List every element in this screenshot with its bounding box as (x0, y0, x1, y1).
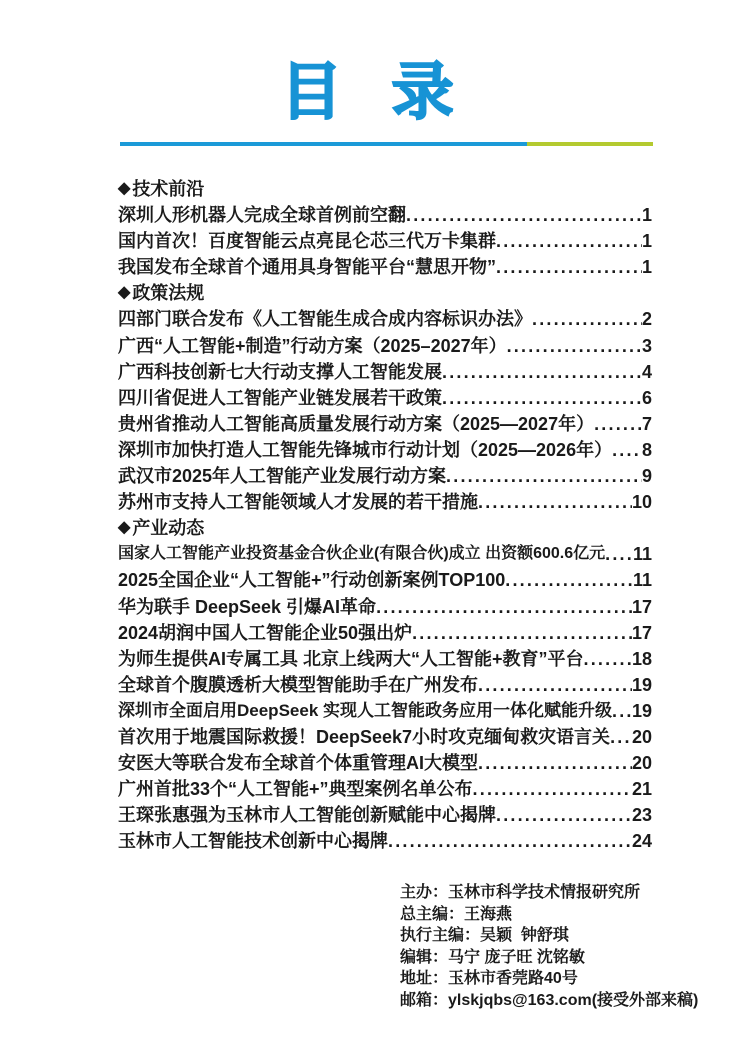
page-number: 24 (632, 828, 652, 854)
dot-leader (473, 776, 632, 802)
dot-leader (496, 802, 632, 828)
toc-entry: 深圳市全面启用DeepSeek 实现人工智能政务应用一体化赋能升级19 (118, 698, 652, 724)
entry-title: 广西“人工智能+制造”行动方案（2025–2027年） (118, 333, 507, 359)
page-number: 17 (632, 594, 652, 620)
footer-value: 王海燕 (464, 906, 512, 923)
toc-entry: 广西科技创新七大行动支撑人工智能发展4 (118, 359, 652, 385)
dot-leader (605, 541, 633, 567)
dot-leader (610, 724, 632, 750)
entry-title: 四川省促进人工智能产业链发展若干政策 (118, 385, 442, 411)
footer-line: 邮箱：ylskjqbs@163.com(接受外部来稿) (400, 990, 698, 1012)
footer-line: 主办：玉林市科学技术情报研究所 (400, 882, 698, 904)
dot-leader (505, 567, 633, 593)
toc-entry: 深圳市加快打造人工智能先锋城市行动计划（2025—2026年）8 (118, 437, 652, 463)
toc-entry: 玉林市人工智能技术创新中心揭牌24 (118, 828, 652, 854)
page-number: 2 (642, 306, 652, 332)
footer-value: ylskjqbs@163.com(接受外部来稿) (448, 992, 698, 1009)
footer-line: 地址：玉林市香莞路40号 (400, 968, 698, 990)
footer-line: 编辑：马宁 庞子旺 沈铭敏 (400, 947, 698, 969)
toc-entry: 华为联手 DeepSeek 引爆AI革命17 (118, 594, 652, 620)
entry-title: 全球首个腹膜透析大模型智能助手在广州发布 (118, 672, 478, 698)
page-number: 17 (632, 620, 652, 646)
page-number: 19 (632, 698, 652, 724)
divider-line (120, 142, 653, 146)
page-number: 1 (642, 228, 652, 254)
dot-leader (478, 750, 632, 776)
section-title: 产业动态 (132, 515, 204, 541)
toc-entry: 苏州市支持人工智能领域人才发展的若干措施10 (118, 489, 652, 515)
page-number: 6 (642, 385, 652, 411)
page-number: 1 (642, 254, 652, 280)
footer-label: 执行主编： (400, 927, 480, 944)
footer-label: 主办： (400, 884, 448, 901)
entry-title: 四部门联合发布《人工智能生成合成内容标识办法》 (118, 306, 532, 332)
toc-entry: 贵州省推动人工智能高质量发展行动方案（2025—2027年）7 (118, 411, 652, 437)
page-number: 7 (642, 411, 652, 437)
toc-entry: 武汉市2025年人工智能产业发展行动方案9 (118, 463, 652, 489)
divider-green-segment (527, 142, 653, 146)
toc-list: ◆技术前沿深圳人形机器人完成全球首例前空翻1国内首次！百度智能云点亮昆仑芯三代万… (118, 176, 652, 854)
footer-value: 玉林市科学技术情报研究所 (448, 884, 640, 901)
footer-label: 地址： (400, 970, 448, 987)
footer-label: 编辑： (400, 949, 448, 966)
toc-entry: 全球首个腹膜透析大模型智能助手在广州发布19 (118, 672, 652, 698)
toc-entry: 四川省促进人工智能产业链发展若干政策6 (118, 385, 652, 411)
footer-value: 马宁 庞子旺 沈铭敏 (448, 949, 585, 966)
entry-title: 为师生提供AI专属工具 北京上线两大“人工智能+教育”平台 (118, 646, 584, 672)
toc-entry: 深圳人形机器人完成全球首例前空翻1 (118, 202, 652, 228)
entry-title: 首次用于地震国际救援！DeepSeek7小时攻克缅甸救灾语言关 (118, 724, 610, 750)
dot-leader (532, 306, 642, 332)
toc-entry: 广西“人工智能+制造”行动方案（2025–2027年）3 (118, 333, 652, 359)
toc-entry: 2025全国企业“人工智能+”行动创新案例TOP10011 (118, 567, 652, 593)
toc-entry: 安医大等联合发布全球首个体重管理AI大模型20 (118, 750, 652, 776)
dot-leader (446, 463, 642, 489)
entry-title: 2025全国企业“人工智能+”行动创新案例TOP100 (118, 567, 505, 593)
entry-title: 深圳市加快打造人工智能先锋城市行动计划（2025—2026年） (118, 437, 612, 463)
toc-entry: 首次用于地震国际救援！DeepSeek7小时攻克缅甸救灾语言关20 (118, 724, 652, 750)
entry-title: 武汉市2025年人工智能产业发展行动方案 (118, 463, 446, 489)
dot-leader (594, 411, 642, 437)
dot-leader (442, 359, 642, 385)
page-number: 21 (632, 776, 652, 802)
footer-label: 总主编： (400, 906, 464, 923)
diamond-icon: ◆ (118, 176, 130, 202)
entry-title: 安医大等联合发布全球首个体重管理AI大模型 (118, 750, 478, 776)
entry-title: 贵州省推动人工智能高质量发展行动方案（2025—2027年） (118, 411, 594, 437)
entry-title: 广西科技创新七大行动支撑人工智能发展 (118, 359, 442, 385)
entry-title: 国内首次！百度智能云点亮昆仑芯三代万卡集群 (118, 228, 496, 254)
page-number: 9 (642, 463, 652, 489)
section-title: 政策法规 (132, 280, 204, 306)
page-number: 10 (632, 489, 652, 515)
publication-info: 主办：玉林市科学技术情报研究所总主编：王海燕执行主编：吴颖 钟舒琪编辑：马宁 庞… (400, 882, 698, 1012)
page-number: 20 (632, 750, 652, 776)
dot-leader (496, 228, 642, 254)
page-number: 8 (642, 437, 652, 463)
page-title: 目 录 (0, 42, 750, 131)
diamond-icon: ◆ (118, 280, 130, 306)
footer-line: 执行主编：吴颖 钟舒琪 (400, 925, 698, 947)
divider-blue-segment (120, 142, 527, 146)
dot-leader (442, 385, 642, 411)
footer-value: 玉林市香莞路40号 (448, 970, 578, 987)
entry-title: 我国发布全球首个通用具身智能平台“慧思开物” (118, 254, 496, 280)
toc-entry: 我国发布全球首个通用具身智能平台“慧思开物”1 (118, 254, 652, 280)
toc-entry: 国家人工智能产业投资基金合伙企业(有限合伙)成立 出资额600.6亿元11 (118, 541, 652, 567)
entry-title: 王琛张惠强为玉林市人工智能创新赋能中心揭牌 (118, 802, 496, 828)
page-number: 4 (642, 359, 652, 385)
dot-leader (496, 254, 642, 280)
toc-entry: 广州首批33个“人工智能+”典型案例名单公布21 (118, 776, 652, 802)
entry-title: 2024胡润中国人工智能企业50强出炉 (118, 620, 412, 646)
dot-leader (376, 594, 632, 620)
dot-leader (612, 698, 632, 724)
section-header: ◆技术前沿 (118, 176, 652, 202)
toc-entry: 为师生提供AI专属工具 北京上线两大“人工智能+教育”平台18 (118, 646, 652, 672)
dot-leader (406, 202, 642, 228)
page-number: 19 (632, 672, 652, 698)
dot-leader (388, 828, 632, 854)
page-number: 11 (633, 541, 652, 567)
entry-title: 广州首批33个“人工智能+”典型案例名单公布 (118, 776, 473, 802)
diamond-icon: ◆ (118, 515, 130, 541)
footer-value: 吴颖 钟舒琪 (480, 927, 569, 944)
page-number: 11 (633, 567, 652, 593)
entry-title: 国家人工智能产业投资基金合伙企业(有限合伙)成立 出资额600.6亿元 (118, 541, 605, 567)
dot-leader (478, 489, 632, 515)
section-header: ◆政策法规 (118, 280, 652, 306)
toc-page: 目 录 ◆技术前沿深圳人形机器人完成全球首例前空翻1国内首次！百度智能云点亮昆仑… (0, 0, 750, 1061)
page-number: 18 (632, 646, 652, 672)
entry-title: 苏州市支持人工智能领域人才发展的若干措施 (118, 489, 478, 515)
dot-leader (412, 620, 632, 646)
section-header: ◆产业动态 (118, 515, 652, 541)
toc-entry: 王琛张惠强为玉林市人工智能创新赋能中心揭牌23 (118, 802, 652, 828)
toc-entry: 国内首次！百度智能云点亮昆仑芯三代万卡集群1 (118, 228, 652, 254)
toc-entry: 2024胡润中国人工智能企业50强出炉17 (118, 620, 652, 646)
footer-line: 总主编：王海燕 (400, 904, 698, 926)
entry-title: 华为联手 DeepSeek 引爆AI革命 (118, 594, 376, 620)
entry-title: 玉林市人工智能技术创新中心揭牌 (118, 828, 388, 854)
dot-leader (507, 333, 642, 359)
toc-entry: 四部门联合发布《人工智能生成合成内容标识办法》2 (118, 306, 652, 332)
page-number: 20 (632, 724, 652, 750)
entry-title: 深圳市全面启用DeepSeek 实现人工智能政务应用一体化赋能升级 (118, 698, 612, 724)
section-title: 技术前沿 (132, 176, 204, 202)
page-number: 3 (642, 333, 652, 359)
dot-leader (584, 646, 632, 672)
dot-leader (478, 672, 632, 698)
entry-title: 深圳人形机器人完成全球首例前空翻 (118, 202, 406, 228)
dot-leader (612, 437, 642, 463)
page-number: 23 (632, 802, 652, 828)
page-number: 1 (642, 202, 652, 228)
footer-label: 邮箱： (400, 992, 448, 1009)
